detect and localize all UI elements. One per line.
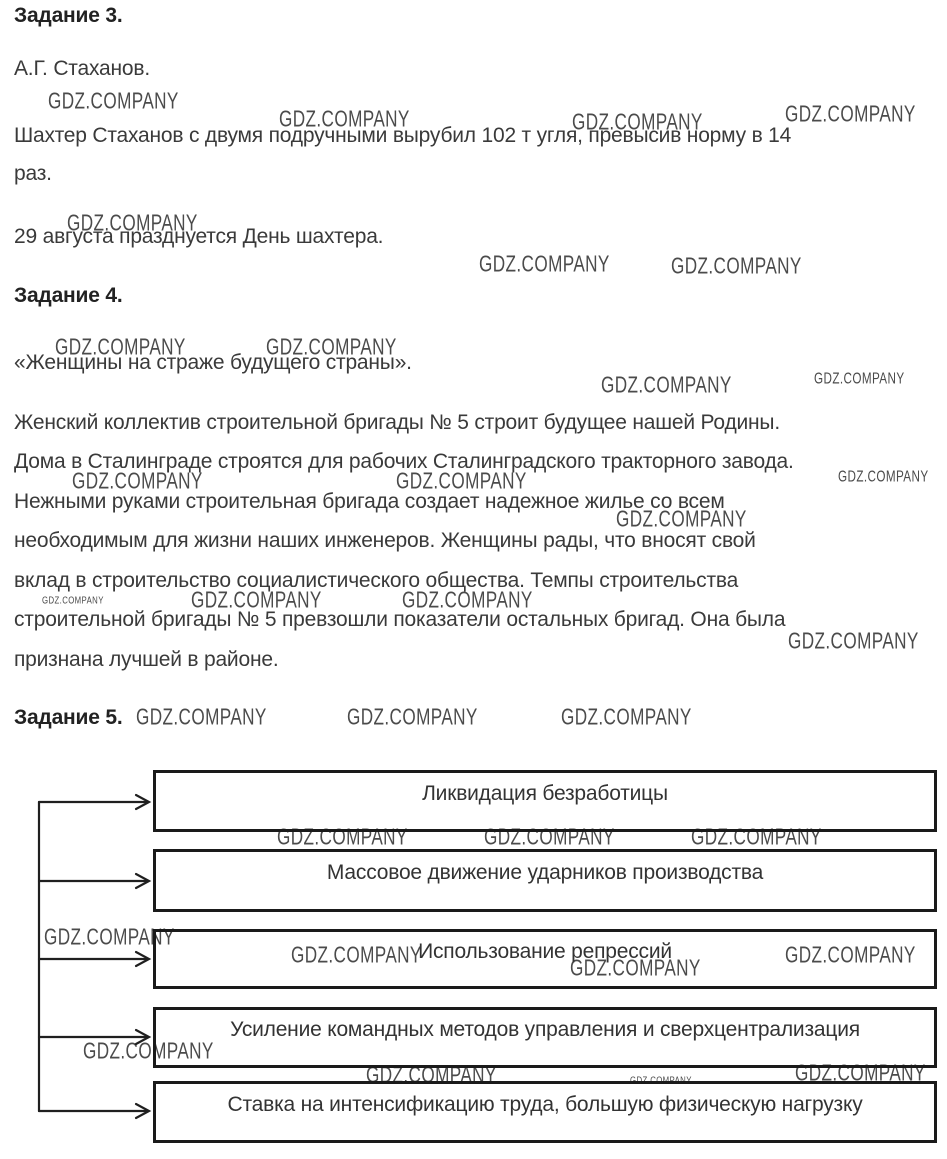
watermark-text: GDZ.COMPANY: [48, 90, 179, 113]
task3-subtitle: А.Г. Стаханов.: [14, 58, 150, 79]
diagram-box-label: Усиление командных методов управления и …: [230, 1018, 860, 1042]
diagram-box-labor-intensification: Ставка на интенсификацию труда, большую …: [153, 1081, 937, 1143]
task4-body-line: вклад в строительство социалистического …: [14, 570, 738, 591]
task3-body-line: Шахтер Стаханов с двумя подручными выруб…: [14, 125, 791, 146]
task4-body-line: Дома в Сталинграде строятся для рабочих …: [14, 451, 794, 472]
watermark-text: GDZ.COMPANY: [601, 374, 732, 397]
task4-quote: «Женщины на страже будущего страны».: [14, 352, 412, 373]
watermark-text: GDZ.COMPANY: [479, 253, 610, 276]
diagram-box-command-methods: Усиление командных методов управления и …: [153, 1007, 937, 1068]
watermark-text: GDZ.COMPANY: [838, 469, 929, 485]
task4-body-line: строительной бригады № 5 превзошли показ…: [14, 609, 785, 630]
watermark-text: GDZ.COMPANY: [785, 103, 916, 126]
diagram-box-shock-workers: Массовое движение ударников производства: [153, 849, 937, 912]
diagram-box-label: Использование репрессий: [418, 940, 672, 964]
task3-body-line: раз.: [14, 163, 52, 184]
document-page: GDZ.COMPANYGDZ.COMPANYGDZ.COMPANYGDZ.COM…: [0, 0, 947, 1159]
task5-heading: Задание 5.: [14, 707, 122, 728]
watermark-text: GDZ.COMPANY: [671, 255, 802, 278]
watermark-text: GDZ.COMPANY: [561, 706, 692, 729]
watermark-text: GDZ.COMPANY: [347, 706, 478, 729]
diagram-box-label: Ликвидация безработицы: [422, 782, 668, 806]
task4-body-line: Женский коллектив строительной бригады №…: [14, 412, 780, 433]
task4-body-line: необходимым для жизни наших инженеров. Ж…: [14, 530, 756, 551]
diagram-box-repressions: Использование репрессий: [153, 929, 937, 989]
task4-body-line: Нежными руками строительная бригада созд…: [14, 491, 725, 512]
watermark-text: GDZ.COMPANY: [788, 630, 919, 653]
diagram-box-unemployment: Ликвидация безработицы: [153, 770, 937, 832]
task3-note: 29 августа празднуется День шахтера.: [14, 226, 383, 247]
task4-heading: Задание 4.: [14, 285, 122, 306]
task4-body-line: признана лучшей в районе.: [14, 649, 278, 670]
task3-heading: Задание 3.: [14, 5, 122, 26]
watermark-text: GDZ.COMPANY: [136, 706, 267, 729]
diagram-box-label: Массовое движение ударников производства: [327, 861, 763, 885]
diagram-box-label: Ставка на интенсификацию труда, большую …: [227, 1093, 862, 1117]
watermark-text: GDZ.COMPANY: [42, 596, 104, 606]
watermark-text: GDZ.COMPANY: [814, 371, 905, 387]
